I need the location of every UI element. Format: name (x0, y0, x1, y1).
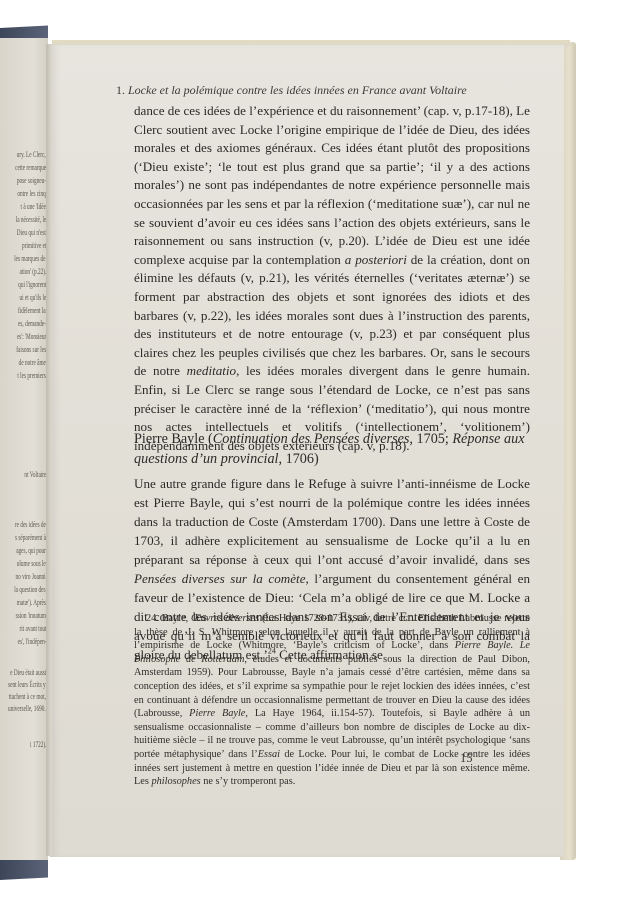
left-page-text-fragment: s séparément à (15, 533, 46, 542)
italic-run: Pierre Bayle (189, 708, 245, 719)
left-page-text-fragment: qui l'ignorent (18, 280, 46, 289)
text-run: de la création, dont on élimine les défa… (134, 252, 530, 379)
left-page-text-fragment: re des idées de (15, 520, 46, 529)
left-page-text-fragment: sent leurs Écrits y (8, 680, 46, 689)
left-page-text-fragment: ontre les cinq (18, 189, 46, 198)
left-page-text-fragment: pose soigneu- (17, 176, 46, 185)
left-page-text-fragment: es', l'indépen- (17, 637, 46, 646)
left-page-text-fragment: ation' (p.22). (19, 267, 46, 276)
small-caps-run: ccc (399, 613, 413, 624)
running-head: 1. Locke et la polémique contre les idée… (116, 83, 516, 98)
left-page-text-fragment: t à une 'Idée (21, 202, 46, 211)
text-run: ne s’y tromperont pas. (201, 776, 296, 787)
left-page: ury. Le Clerc,cette remarquepose soigneu… (0, 38, 48, 860)
left-page-text-fragment: rit avant tout (19, 624, 46, 633)
section-heading: Pierre Bayle (Continuation des Pensées d… (134, 429, 530, 469)
page-number: 15 (460, 751, 473, 766)
left-page-text-fragment: olume sous le (17, 559, 46, 568)
italic-run: Pensées diverses sur la comète (134, 571, 306, 586)
italic-run: Œuvres diverses (191, 613, 259, 624)
left-page-text-fragment: no viro Joanni (16, 572, 46, 581)
left-page-text-fragment: la question des (15, 585, 46, 594)
italic-run: Essai (258, 749, 280, 760)
text-run: , 1705; (409, 431, 452, 447)
left-page-text-fragment: cette remarque (15, 163, 46, 172)
left-page-text-fragment: ttachent à ce mot, (9, 692, 46, 701)
body-paragraph-1: dance de ces idées de l’expérience et du… (134, 102, 530, 455)
text-run: , 1706) (279, 451, 319, 467)
running-head-title: Locke et la polémique contre les idées i… (128, 83, 467, 97)
left-page-text-fragment: ssion 'innatum (16, 611, 46, 620)
chapter-number: 1. (116, 83, 125, 97)
gutter-shadow (46, 44, 52, 856)
italic-run: a posteriori (345, 252, 407, 267)
text-run: Pierre Bayle ( (134, 431, 213, 447)
left-page-text-fragment: es, demande- (18, 319, 46, 328)
text-run: 24. Bayle, (146, 613, 191, 624)
left-page-text-fragment: matæ'). Après (17, 598, 46, 607)
left-page-text-fragment: t les premiers (18, 371, 46, 380)
left-page-text-fragment: ui et qu'ils le (19, 293, 46, 302)
left-page-text-fragment: de notre âme (19, 358, 46, 367)
italic-run: philosophes (151, 776, 200, 787)
left-page-text-fragment: primitive et (22, 241, 46, 250)
text-run: dance de ces idées de l’expérience et du… (134, 103, 530, 267)
paragraph-text: dance de ces idées de l’expérience et du… (134, 102, 530, 455)
italic-run: Continuation des Pensées diverses (213, 431, 410, 447)
left-page-text-fragment: les marques de (15, 254, 46, 263)
text-run: (La Haye 1729-1731), t.iv, lettre (259, 613, 399, 624)
left-page-text-fragment: fidèlement la (18, 306, 46, 315)
left-page-text-fragment: e Dieu était aussi (10, 668, 46, 677)
text-run: Une autre grande figure dans le Refuge à… (134, 476, 530, 567)
italic-run: meditatio (187, 363, 236, 378)
left-page-text-fragment: es': 'Monsieur (17, 332, 46, 341)
left-page-text-fragment: Dieu qui n'est (17, 228, 46, 237)
left-page-text-fragment: faisons sur les (16, 345, 46, 354)
left-page-text-fragment: universelle, 1690. (8, 704, 46, 713)
left-page-text-fragment: ury. Le Clerc, (17, 150, 46, 159)
left-page-text-fragment: nt Voltaire (24, 470, 46, 479)
left-page-text-fragment: i 1722). (30, 740, 46, 749)
left-page-text-fragment: la nécessité, le (15, 215, 46, 224)
left-page-text-fragment: ages, qui pour (16, 546, 46, 555)
